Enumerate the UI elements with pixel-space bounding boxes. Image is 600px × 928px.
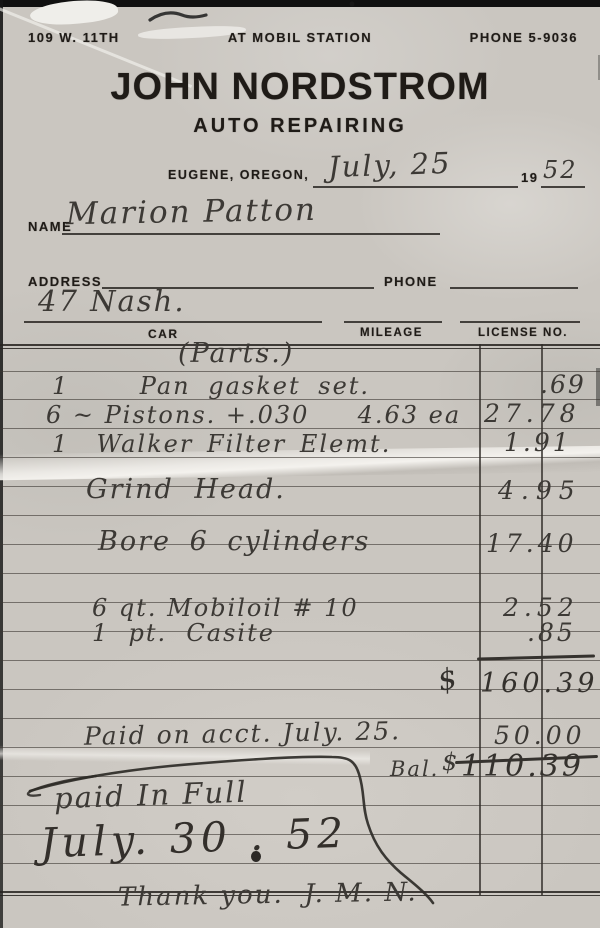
mileage-label: MILEAGE [360, 327, 423, 339]
paid-in-full-date: July. 30 . 52 [39, 809, 349, 868]
receipt-page: 109 W. 11TH AT MOBIL STATION PHONE 5-903… [0, 0, 600, 928]
item-description: Bore 6 cylinders [98, 526, 370, 557]
item-amount: .85 [527, 618, 576, 647]
mileage-field-line [344, 321, 442, 323]
year-prefix: 19 [521, 170, 538, 185]
scan-edge-right [596, 368, 600, 406]
item-description: Grind Head. [86, 474, 286, 505]
car-field-line [24, 321, 322, 323]
ink-blot [251, 851, 261, 862]
item-amount: .69 [540, 370, 586, 399]
dollars-column-line [479, 344, 481, 895]
balance-amount: 110.39 [461, 749, 584, 784]
license-field-line [460, 321, 580, 323]
ruled-line [0, 573, 600, 574]
table-top-line [0, 344, 600, 346]
item-description: 1 pt. Casite [92, 619, 275, 647]
date-field-line [313, 186, 518, 188]
item-amount: 4.95 [498, 476, 582, 505]
balance-label: Bal. [390, 757, 439, 781]
item-description: 6 ~ Pistons. +.030 4.63 ea [46, 401, 461, 429]
parts-section-heading: (Parts.) [178, 338, 294, 369]
year-field-line [541, 186, 585, 188]
phone-number: PHONE 5-9036 [470, 30, 578, 45]
item-description: 1 Walker Filter Elemt. [52, 430, 391, 458]
handwritten-date: July, 25 [327, 146, 452, 184]
total-amount: 160.39 [480, 668, 598, 699]
phone-field-line [450, 287, 578, 289]
business-type: AUTO REPAIRING [0, 115, 600, 138]
business-name: JOHN NORDSTROM [0, 66, 600, 109]
handwritten-customer-name: Marion Patton [66, 192, 318, 232]
table-top-line-2 [0, 348, 600, 349]
handwritten-year: 52 [543, 156, 578, 184]
city-line: EUGENE, OREGON, [168, 168, 309, 182]
ruled-line [0, 631, 600, 632]
payment-note: Paid on acct. July. 25. [84, 716, 402, 751]
license-label: LICENSE NO. [478, 327, 568, 339]
item-description: 1 Pan gasket set. [52, 372, 370, 400]
name-field-line [62, 233, 440, 235]
car-label: CAR [148, 327, 179, 341]
ruled-line [0, 660, 600, 661]
balance-currency-sign: $ [442, 748, 459, 776]
ruled-line [0, 515, 600, 516]
phone-label: PHONE [384, 274, 438, 289]
payment-amount: 50.00 [494, 721, 586, 750]
item-description: 6 qt. Mobiloil # 10 [92, 594, 359, 622]
item-amount: 27.78 [484, 399, 581, 428]
item-amount: 1.91 [504, 428, 572, 457]
closing-note: Thank you. J. M. N. [118, 877, 418, 912]
total-currency-sign: $ [435, 660, 462, 698]
item-amount: 17.40 [486, 529, 578, 558]
handwritten-car: 47 Nash. [38, 284, 186, 318]
paid-in-full-note: paid In Full [53, 775, 248, 816]
